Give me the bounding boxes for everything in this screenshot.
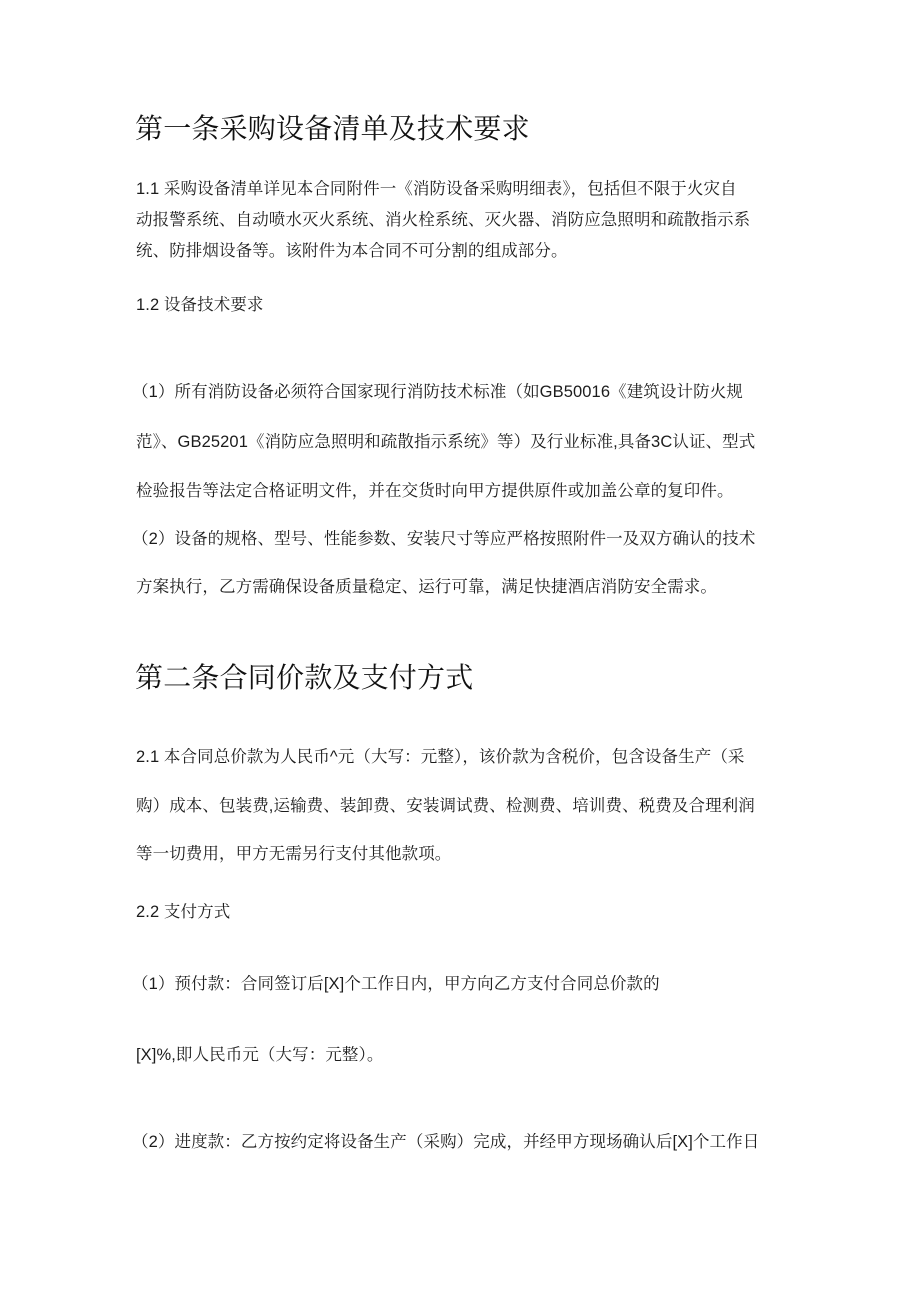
clause-2-2-title: 2.2 支付方式: [136, 901, 230, 923]
clause-1-1-line-2: 动报警系统、自动喷水灭火系统、消火栓系统、灭火器、消防应急照明和疏散指示系: [136, 209, 750, 231]
clause-1-2-item-2-line-2: 方案执行，乙方需确保设备质量稳定、运行可靠，满足快捷酒店消防安全需求。: [136, 576, 717, 598]
clause-2-1-line-2: 购）成本、包装费,运输费、装卸费、安装调试费、检测费、培训费、税费及合理利润: [136, 795, 755, 817]
clause-1-2-item-1-line-2: 范》、GB25201《消防应急照明和疏散指示系统》等）及行业标准,具备3C认证、…: [136, 431, 755, 453]
clause-2-2-item-2-line-1: （2）进度款：乙方按约定将设备生产（采购）完成，并经甲方现场确认后[X]个工作日: [132, 1131, 759, 1153]
clause-2-2-item-1-line-2: [X]%,即人民币元（大写：元整）。: [136, 1044, 383, 1066]
clause-1-2-item-2-line-1: （2）设备的规格、型号、性能参数、安装尺寸等应严格按照附件一及双方确认的技术: [132, 528, 755, 550]
clause-1-2-item-1-line-1: （1）所有消防设备必须符合国家现行消防技术标准（如GB50016《建筑设计防火规: [132, 381, 743, 403]
clause-1-2-title: 1.2 设备技术要求: [136, 294, 264, 316]
clause-2-1-line-3: 等一切费用，甲方无需另行支付其他款项。: [136, 843, 451, 865]
clause-1-2-item-1-line-3: 检验报告等法定合格证明文件，并在交货时向甲方提供原件或加盖公章的复印件。: [136, 480, 734, 502]
document-page: 第一条采购设备清单及技术要求 1.1 采购设备清单详见本合同附件一《消防设备采购…: [0, 0, 920, 1301]
clause-2-1-line-1: 2.1 本合同总价款为人民币^元（大写：元整），该价款为含税价，包含设备生产（采: [136, 746, 745, 768]
section-2-heading: 第二条合同价款及支付方式: [135, 660, 473, 696]
section-1-heading: 第一条采购设备清单及技术要求: [135, 111, 530, 147]
clause-1-1-line-1: 1.1 采购设备清单详见本合同附件一《消防设备采购明细表》，包括但不限于火灾自: [136, 178, 737, 200]
clause-1-1-line-3: 统、防排烟设备等。该附件为本合同不可分割的组成部分。: [136, 240, 568, 262]
clause-2-2-item-1-line-1: （1）预付款：合同签订后[X]个工作日内，甲方向乙方支付合同总价款的: [132, 973, 660, 995]
